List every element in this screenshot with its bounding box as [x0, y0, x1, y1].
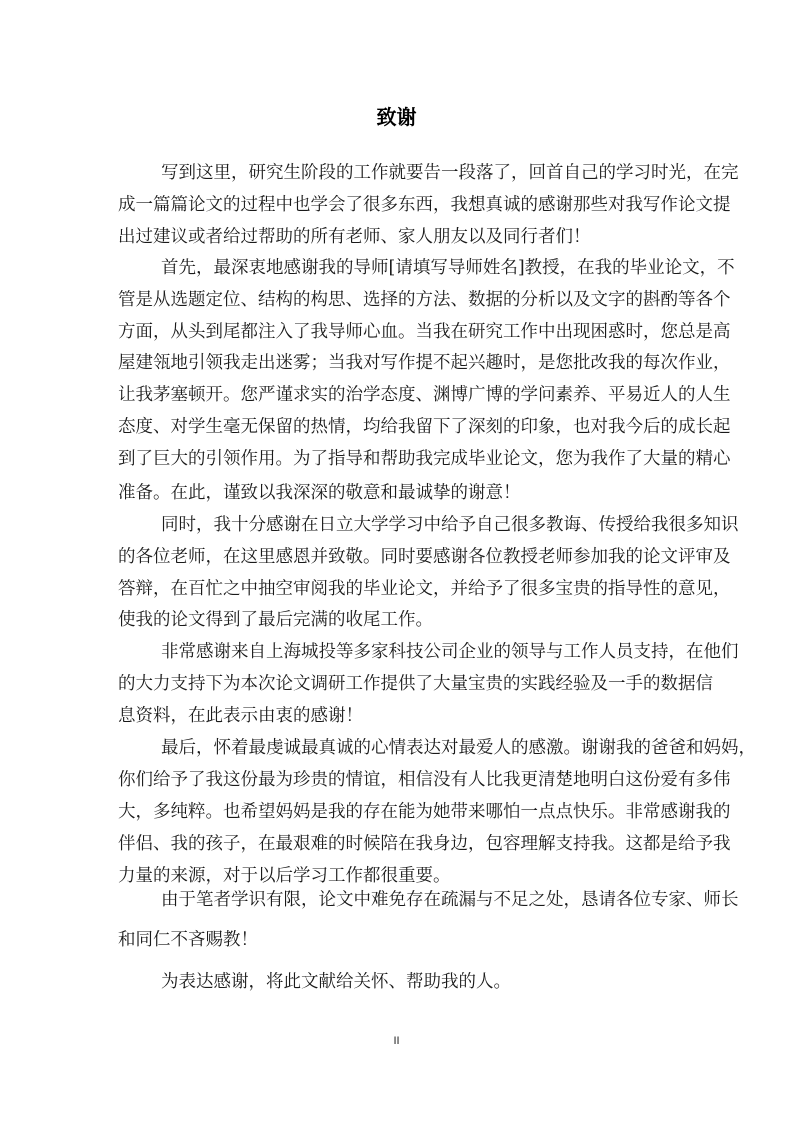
text-line: 力量的来源，对于以后学习工作都很重要。	[118, 863, 672, 889]
text-line: 管是从选题定位、结构的构思、选择的方法、数据的分析以及文字的斟酌等各个	[118, 287, 672, 313]
text-line: 的各位老师，在这里感恩并致敬。同时要感谢各位教授老师参加我的论文评审及	[118, 544, 672, 570]
text-line: 使我的论文得到了最后完满的收尾工作。	[118, 607, 672, 633]
text-line: 屋建瓴地引领我走出迷雾；当我对写作提不起兴趣时，是您批改我的每次作业，	[118, 350, 672, 376]
text-line: 方面，从头到尾都注入了我导师心血。当我在研究工作中出现困惑时，您总是高	[118, 319, 672, 345]
text-line: 态度、对学生毫无保留的热情，均给我留下了深刻的印象，也对我今后的成长起	[118, 414, 672, 440]
text-line: 准备。在此，谨致以我深深的敬意和最诚挚的谢意！	[118, 480, 672, 506]
text-line: 成一篇篇论文的过程中也学会了很多东西，我想真诚的感谢那些对我写作论文提	[118, 192, 672, 218]
page-title: 致谢	[0, 104, 793, 130]
text-line: 出过建议或者给过帮助的所有老师、家人朋友以及同行者们！	[118, 224, 672, 250]
text-line: 写到这里，研究生阶段的工作就要告一段落了，回首自己的学习时光，在完	[161, 160, 672, 186]
text-line: 同时，我十分感谢在日立大学学习中给予自己很多教诲、传授给我很多知识	[161, 512, 672, 538]
text-line: 伴侣、我的孩子，在最艰难的时候陪在我身边，包容理解支持我。这都是给予我	[118, 831, 672, 857]
text-line: 你们给予了我这份最为珍贵的情谊，相信没有人比我更清楚地明白这份爱有多伟	[118, 767, 672, 793]
text-line: 和同仁不吝赐教！	[118, 927, 672, 953]
text-line: 最后，怀着最虔诚最真诚的心情表达对最爱人的感激。谢谢我的爸爸和妈妈，	[161, 735, 672, 761]
text-line: 非常感谢来自上海城投等多家科技公司企业的领导与工作人员支持，在他们	[161, 639, 672, 665]
text-line: 为表达感谢，将此文献给关怀、帮助我的人。	[161, 969, 672, 995]
text-line: 让我茅塞顿开。您严谨求实的治学态度、渊博广博的学问素养、平易近人的人生	[118, 382, 672, 408]
text-line: 大，多纯粹。也希望妈妈是我的存在能为她带来哪怕一点点快乐。非常感谢我的	[118, 799, 672, 825]
page-number: II	[0, 1033, 793, 1049]
text-line: 首先，最深衷地感谢我的导师[请填写导师姓名]教授，在我的毕业论文，不	[161, 255, 672, 281]
text-line: 由于笔者学识有限，论文中难免存在疏漏与不足之处，恳请各位专家、师长	[161, 887, 672, 913]
text-line: 答辩，在百忙之中抽空审阅我的毕业论文，并给予了很多宝贵的指导性的意见，	[118, 576, 672, 602]
document-page: 致谢 写到这里，研究生阶段的工作就要告一段落了，回首自己的学习时光，在完 成一篇…	[0, 0, 793, 1122]
text-line: 的大力支持下为本次论文调研工作提供了大量宝贵的实践经验及一手的数据信	[118, 671, 672, 697]
text-line: 息资料，在此表示由衷的感谢！	[118, 703, 672, 729]
text-line: 到了巨大的引领作用。为了指导和帮助我完成毕业论文，您为我作了大量的精心	[118, 446, 672, 472]
